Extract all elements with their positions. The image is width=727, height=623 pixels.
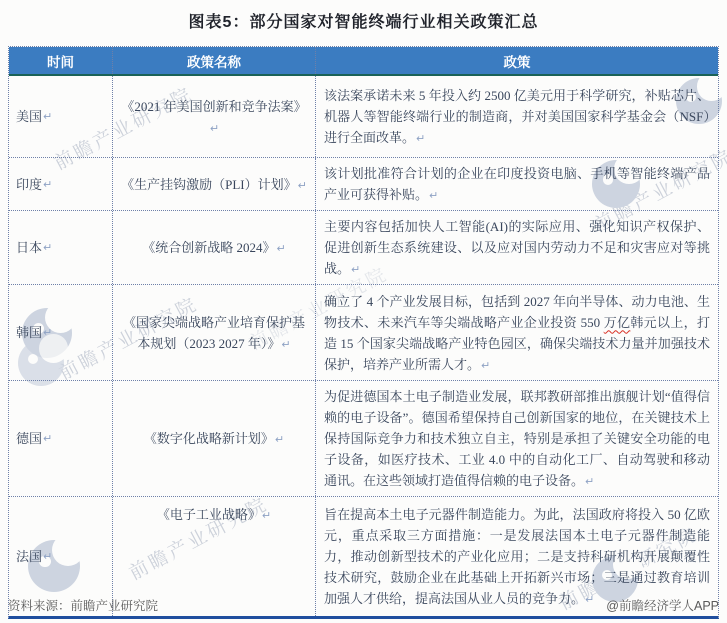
policy-name-cell: 《国家尖端战略产业培育保护基本规划（2023 2027 年）》↵ bbox=[113, 285, 316, 380]
table-row: 韩国↵ 《国家尖端战略产业培育保护基本规划（2023 2027 年）》↵ 确立了… bbox=[9, 285, 718, 381]
policy-name-cell: 《2021 年美国创新和竞争法案》↵ bbox=[113, 76, 316, 157]
footer: 资料来源：前瞻产业研究院 @前瞻经济学人APP bbox=[8, 596, 719, 614]
return-mark: ↵ bbox=[210, 122, 219, 135]
policy-name-label: 《国家尖端战略产业培育保护基本规划（2023 2027 年）》↵ bbox=[119, 312, 309, 354]
spellcheck-underline: 万亿 bbox=[604, 315, 631, 330]
policy-cell: 主要内容包括加快人工智能(AI)的实际应用、强化知识产权保护、促进创新生态系统建… bbox=[316, 211, 718, 284]
header-policy: 政策 bbox=[316, 47, 718, 74]
country-label: 德国 bbox=[16, 428, 42, 449]
policy-name-label: 《电子工业战略》↵ bbox=[157, 504, 271, 525]
credit-note: @前瞻经济学人APP bbox=[606, 596, 719, 614]
table-row: 美国↵ 《2021 年美国创新和竞争法案》↵ 该法案承诺未来 5 年投入约 25… bbox=[9, 76, 718, 158]
policy-name-label: 《生产挂钩激励（PLI）计划》↵ bbox=[121, 174, 307, 195]
policy-text: 为促进德国本土电子制造业发展，联邦教研部推出旗舰计划“值得信赖的电子设备”。德国… bbox=[324, 386, 710, 491]
policy-name-cell: 《统合创新战略 2024》↵ bbox=[113, 211, 316, 284]
policy-cell: 该计划批准符合计划的企业在印度投资电脑、手机等智能终端产品产业可获得补贴。↵ bbox=[316, 158, 718, 210]
country-cell: 印度↵ bbox=[9, 158, 113, 210]
return-mark: ↵ bbox=[481, 359, 490, 372]
policy-text: 该计划批准符合计划的企业在印度投资电脑、手机等智能终端产品产业可获得补贴。↵ bbox=[324, 163, 710, 205]
policy-name-label: 《统合创新战略 2024》↵ bbox=[142, 237, 285, 258]
policy-cell: 该法案承诺未来 5 年投入约 2500 亿美元用于科学研究，补贴芯片、机器人等智… bbox=[316, 76, 718, 157]
return-mark: ↵ bbox=[298, 179, 307, 192]
header-policy-name: 政策名称 bbox=[113, 47, 316, 74]
return-mark: ↵ bbox=[43, 242, 52, 253]
policy-cell: 为促进德国本土电子制造业发展，联邦教研部推出旗舰计划“值得信赖的电子设备”。德国… bbox=[316, 381, 718, 496]
return-mark: ↵ bbox=[43, 551, 52, 562]
return-mark: ↵ bbox=[416, 132, 425, 145]
country-label: 美国 bbox=[16, 106, 42, 127]
return-mark: ↵ bbox=[277, 242, 286, 255]
policy-text: 该法案承诺未来 5 年投入约 2500 亿美元用于科学研究，补贴芯片、机器人等智… bbox=[324, 85, 710, 148]
country-label: 日本 bbox=[16, 237, 42, 258]
table-row: 印度↵ 《生产挂钩激励（PLI）计划》↵ 该计划批准符合计划的企业在印度投资电脑… bbox=[9, 158, 718, 211]
table-header-row: 时间 政策名称 政策 bbox=[9, 47, 718, 76]
return-mark: ↵ bbox=[262, 509, 271, 522]
return-mark: ↵ bbox=[351, 263, 360, 276]
country-label: 韩国 bbox=[16, 322, 42, 343]
return-mark: ↵ bbox=[43, 327, 52, 338]
return-mark: ↵ bbox=[43, 433, 52, 444]
policy-table: 时间 政策名称 政策 美国↵ 《2021 年美国创新和竞争法案》↵ 该法案承诺未… bbox=[8, 46, 719, 619]
return-mark: ↵ bbox=[43, 111, 52, 122]
return-mark: ↵ bbox=[275, 433, 284, 446]
policy-name-label: 《数字化战略新计划》↵ bbox=[144, 428, 284, 449]
policy-name-cell: 《数字化战略新计划》↵ bbox=[113, 381, 316, 496]
header-time: 时间 bbox=[9, 47, 113, 74]
return-mark: ↵ bbox=[43, 179, 52, 190]
table-row: 日本↵ 《统合创新战略 2024》↵ 主要内容包括加快人工智能(AI)的实际应用… bbox=[9, 211, 718, 285]
country-cell: 美国↵ bbox=[9, 76, 113, 157]
policy-text: 主要内容包括加快人工智能(AI)的实际应用、强化知识产权保护、促进创新生态系统建… bbox=[324, 216, 710, 279]
table-row: 德国↵ 《数字化战略新计划》↵ 为促进德国本土电子制造业发展，联邦教研部推出旗舰… bbox=[9, 381, 718, 497]
policy-name-label: 《2021 年美国创新和竞争法案》↵ bbox=[119, 96, 309, 138]
policy-cell: 确立了 4 个产业发展目标，包括到 2027 年向半导体、动力电池、生物技术、未… bbox=[316, 285, 718, 380]
return-mark: ↵ bbox=[429, 189, 438, 202]
policy-text: 旨在提高本土电子元器件制造能力。为此，法国政府将投入 50 亿欧元，重点采取三方… bbox=[324, 504, 710, 609]
page-title: 图表5：部分国家对智能终端行业相关政策汇总 bbox=[0, 9, 727, 32]
policy-text: 确立了 4 个产业发展目标，包括到 2027 年向半导体、动力电池、生物技术、未… bbox=[324, 291, 710, 375]
policy-name-cell: 《生产挂钩激励（PLI）计划》↵ bbox=[113, 158, 316, 210]
country-cell: 日本↵ bbox=[9, 211, 113, 284]
country-label: 印度 bbox=[16, 174, 42, 195]
country-cell: 德国↵ bbox=[9, 381, 113, 496]
return-mark: ↵ bbox=[585, 475, 594, 488]
country-cell: 韩国↵ bbox=[9, 285, 113, 380]
country-label: 法国 bbox=[16, 546, 42, 567]
source-note: 资料来源：前瞻产业研究院 bbox=[8, 596, 158, 614]
return-mark: ↵ bbox=[281, 338, 290, 351]
